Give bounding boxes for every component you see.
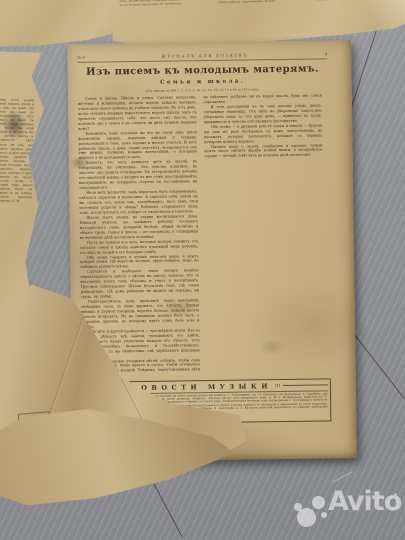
avito-watermark: Avito	[288, 490, 403, 536]
article-body-columns: Семья и школа. Школа и семья. Сколько во…	[78, 93, 326, 377]
page-number: 4	[325, 51, 328, 56]
body-paragraph: Пусть же каждая изъ васъ, молодыя матери…	[80, 239, 199, 256]
article-note: (См. письма въ №№ 1, 2, 3, 4, 5, 10, 11,…	[78, 86, 328, 93]
journal-name: ЖУРНАЛЪ ДЛЯ ХОЗЯЕКЪ	[161, 52, 248, 58]
avito-trademark-dot	[394, 493, 397, 496]
music-news-title-suffix: !!!	[275, 383, 280, 388]
body-paragraph: Пишите намъ о своихъ сомнѣніяхъ и удачах…	[204, 143, 323, 160]
article-title: Изъ писемъ къ молодымъ матерямъ.	[77, 63, 327, 77]
avito-logo-text: Avito	[328, 486, 401, 517]
fragment-column: Письма для подписчиковъ. Цѣна отдѣльн. (…	[218, 0, 305, 4]
body-paragraph: Школа даетъ знанія, но сердце воспитывае…	[79, 214, 198, 240]
issue-number: № 8	[77, 55, 85, 60]
body-paragraph: И есть разсадники не по зову школы: улиц…	[203, 103, 322, 124]
body-paragraph: Семья и школа. Школа и семья. Сколько во…	[78, 95, 197, 131]
avito-logo-circle	[312, 496, 325, 509]
photo-background: вып. 246, 248, 1913 г. нахъ, въ двѣ-три …	[0, 0, 405, 540]
avito-logo-circle	[321, 512, 327, 518]
body-paragraph: Случается и наоборотъ: иныя матери всецѣ…	[80, 269, 199, 300]
avito-logo-circle	[297, 508, 316, 527]
page-fold-highlight	[339, 0, 405, 32]
fragment-column: нахъ, въ двѣ-три наступающія недѣли этог…	[119, 0, 206, 7]
body-paragraph: Бываетъ, что мать ревнуетъ дитя къ школѣ…	[79, 160, 198, 191]
body-paragraph: Иная мать жалуется: сынъ пересталъ быть …	[79, 189, 198, 215]
surface-scratch	[333, 471, 353, 482]
body-paragraph: Объ этомъ говорятъ и лучшіе педагоги наш…	[80, 254, 199, 271]
music-news-title: НОВОСТИ МУЗЫКИ	[131, 382, 273, 392]
plank-seam-line	[351, 330, 405, 407]
plank-seam-line	[349, 19, 381, 115]
body-paragraph: Вспомните, какъ готовили вы его къ этому…	[78, 130, 197, 161]
body-paragraph: Объ этомъ — о дружной работѣ семьи и шко…	[204, 123, 323, 144]
page-header: № 8 ЖУРНАЛЪ ДЛЯ ХОЗЯЕКЪ 4	[77, 51, 327, 62]
